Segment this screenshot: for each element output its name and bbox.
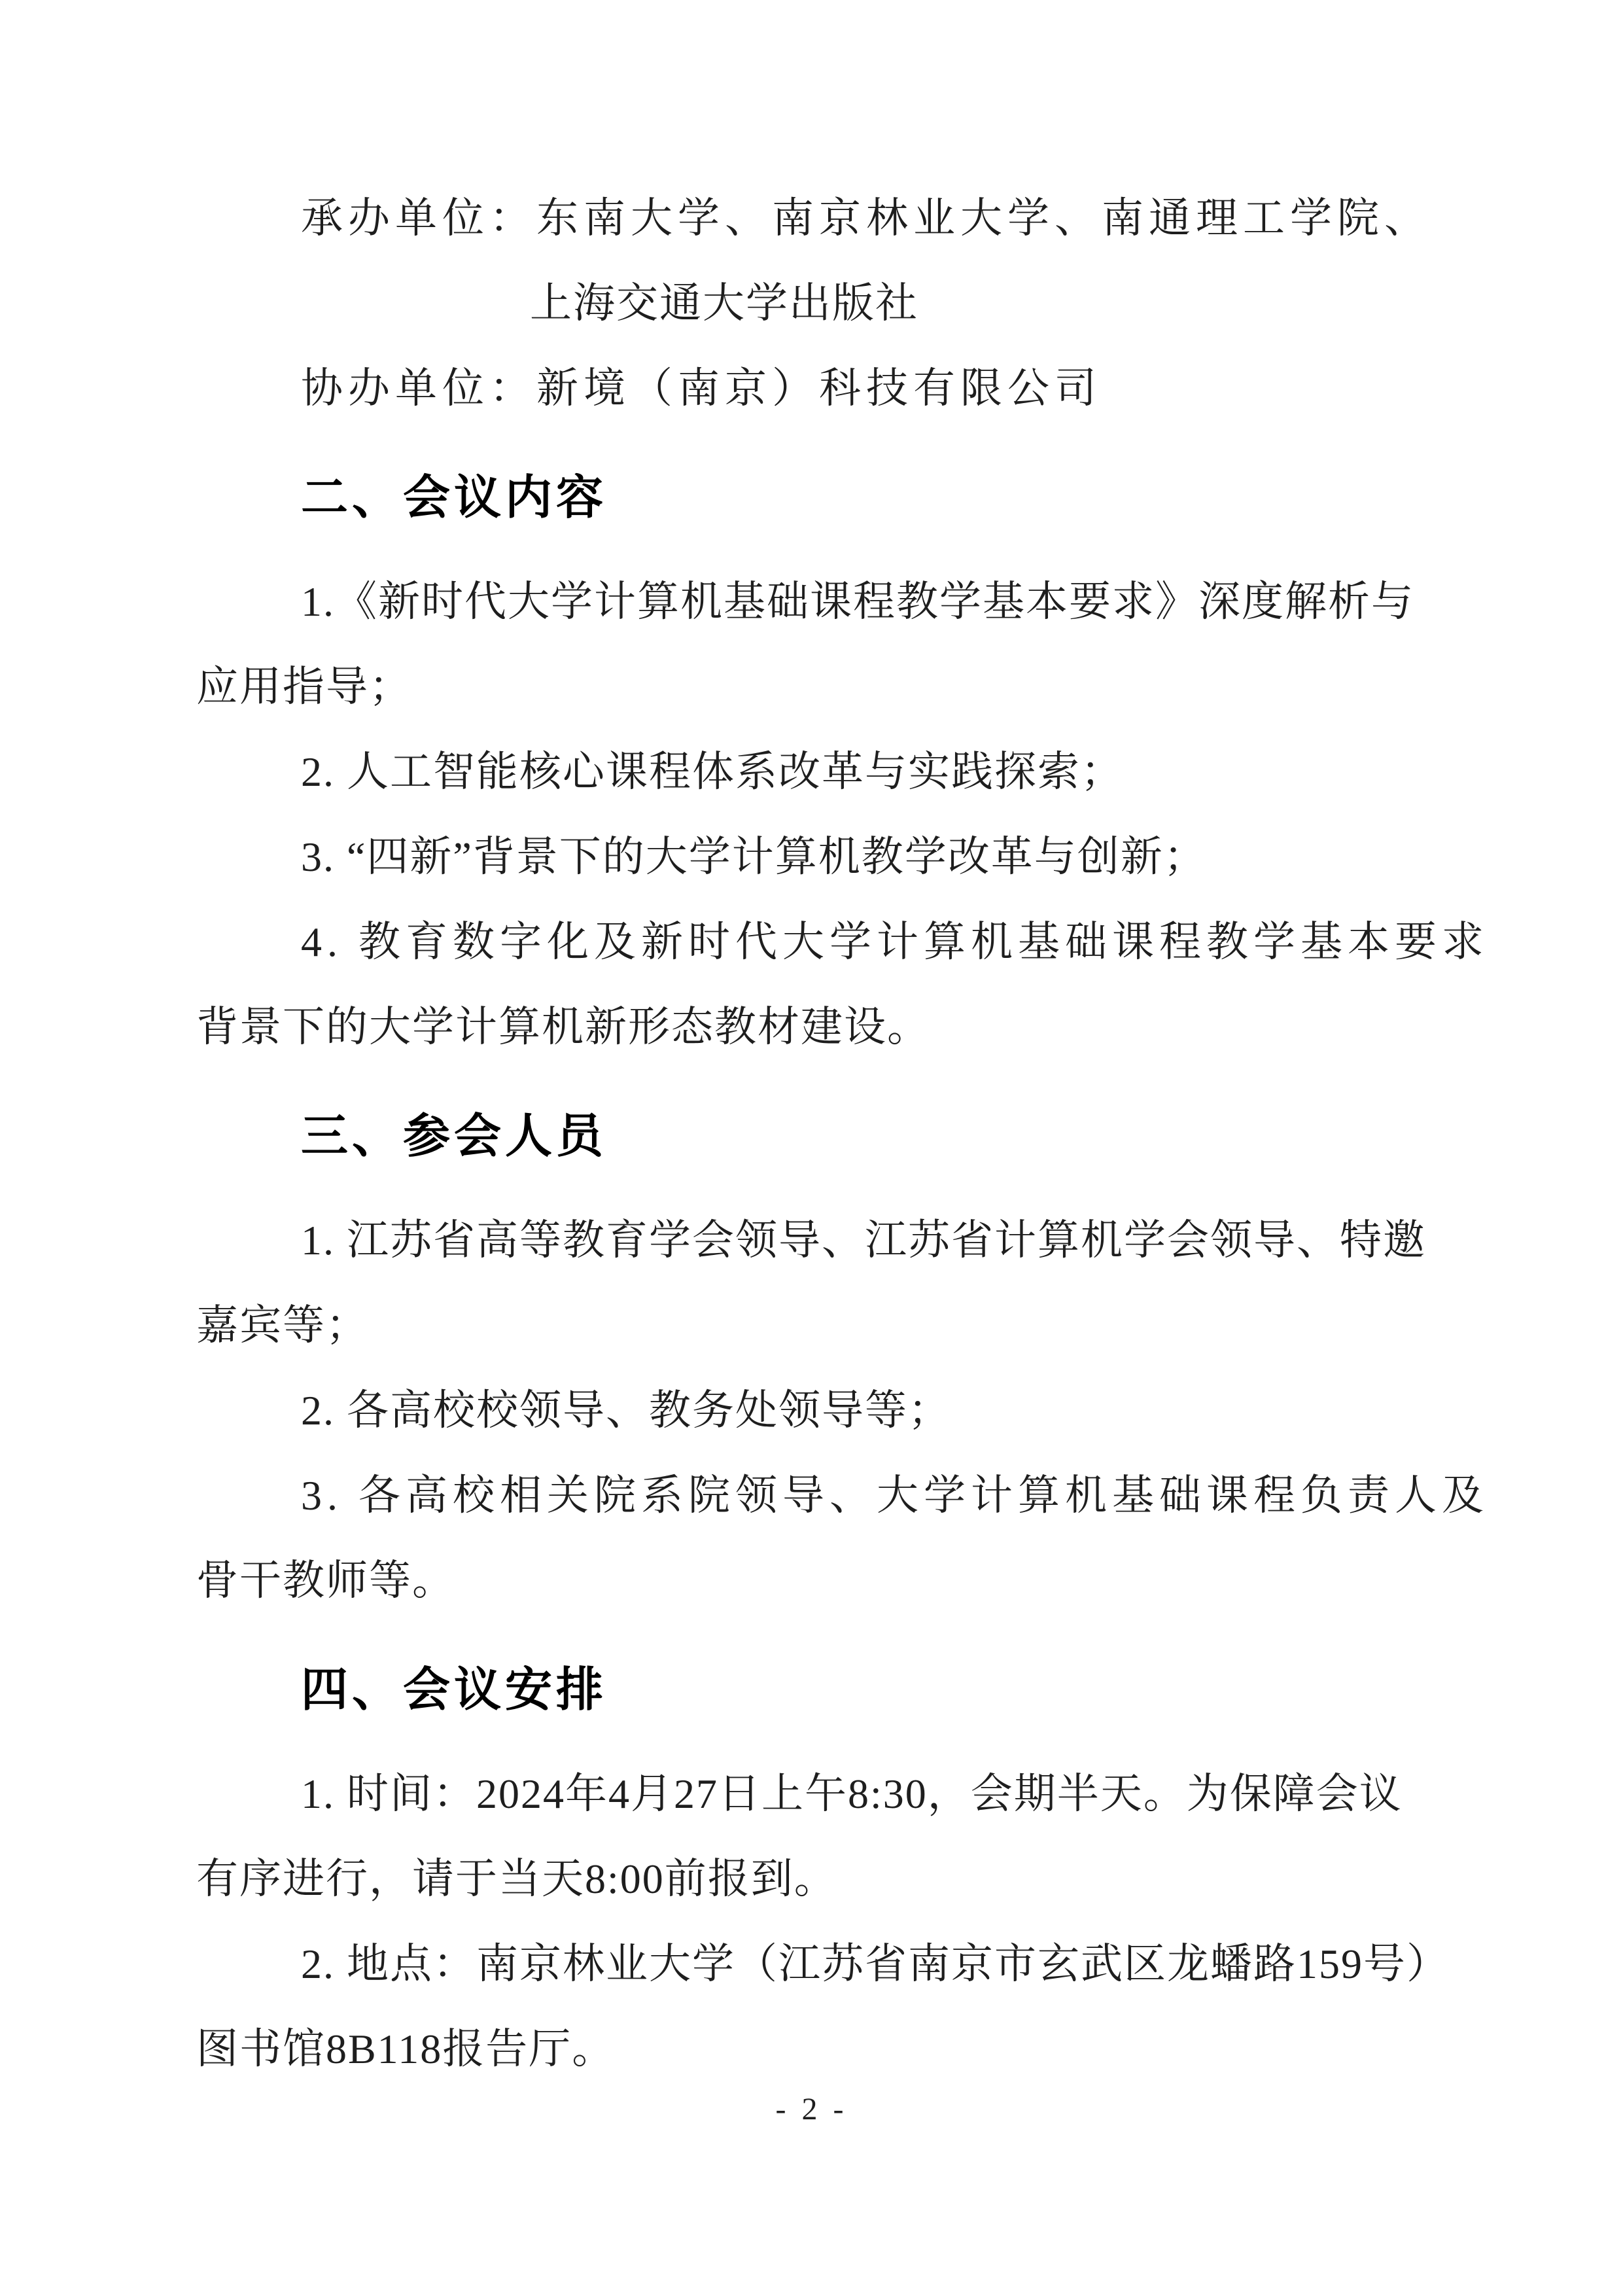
participants-item-2: 2. 各高校校领导、教务处领导等； [196, 1364, 1430, 1449]
arrangement-time-line-2: 有序进行，请于当天8:00前报到。 [196, 1833, 1430, 1918]
meeting-content-item-4-line-2: 背景下的大学计算机新形态教材建设。 [196, 981, 1430, 1066]
meeting-content-item-1-line-2: 应用指导； [196, 641, 1430, 726]
participants-item-1-line-2: 嘉宾等； [196, 1279, 1430, 1364]
arrangement-location-line-1: 2. 地点：南京林业大学（江苏省南京市玄武区龙蟠路159号） [196, 1918, 1430, 2003]
participants-item-3-line-2: 骨干教师等。 [196, 1534, 1430, 1619]
document-body: 承办单位：东南大学、南京林业大学、南通理工学院、 上海交通大学出版社 协办单位：… [196, 172, 1430, 2088]
meeting-content-item-2: 2. 人工智能核心课程体系改革与实践探索； [196, 726, 1430, 811]
co-organizer-line: 协办单位：新境（南京）科技有限公司 [196, 342, 1430, 427]
page-number: - 2 - [0, 2091, 1623, 2127]
meeting-content-item-4-line-1: 4. 教育数字化及新时代大学计算机基础课程教学基本要求 [196, 896, 1430, 981]
meeting-content-item-3: 3. “四新”背景下的大学计算机教学改革与创新； [196, 811, 1430, 896]
host-units-line: 承办单位：东南大学、南京林业大学、南通理工学院、 [196, 172, 1430, 257]
arrangement-location-line-2: 图书馆8B118报告厅。 [196, 2003, 1430, 2088]
document-page: 承办单位：东南大学、南京林业大学、南通理工学院、 上海交通大学出版社 协办单位：… [0, 0, 1623, 2296]
participants-item-3-line-1: 3. 各高校相关院系院领导、大学计算机基础课程负责人及 [196, 1449, 1430, 1534]
meeting-content-item-1-line-1: 1.《新时代大学计算机基础课程教学基本要求》深度解析与 [196, 556, 1430, 641]
section-heading-arrangement: 四、会议安排 [196, 1643, 1430, 1728]
participants-item-1-line-1: 1. 江苏省高等教育学会领导、江苏省计算机学会领导、特邀 [196, 1194, 1430, 1279]
section-heading-meeting-content: 二、会议内容 [196, 451, 1430, 536]
host-units-continuation: 上海交通大学出版社 [196, 257, 1430, 342]
arrangement-time-line-1: 1. 时间：2024年4月27日上午8:30，会期半天。为保障会议 [196, 1748, 1430, 1833]
section-heading-participants: 三、参会人员 [196, 1089, 1430, 1174]
